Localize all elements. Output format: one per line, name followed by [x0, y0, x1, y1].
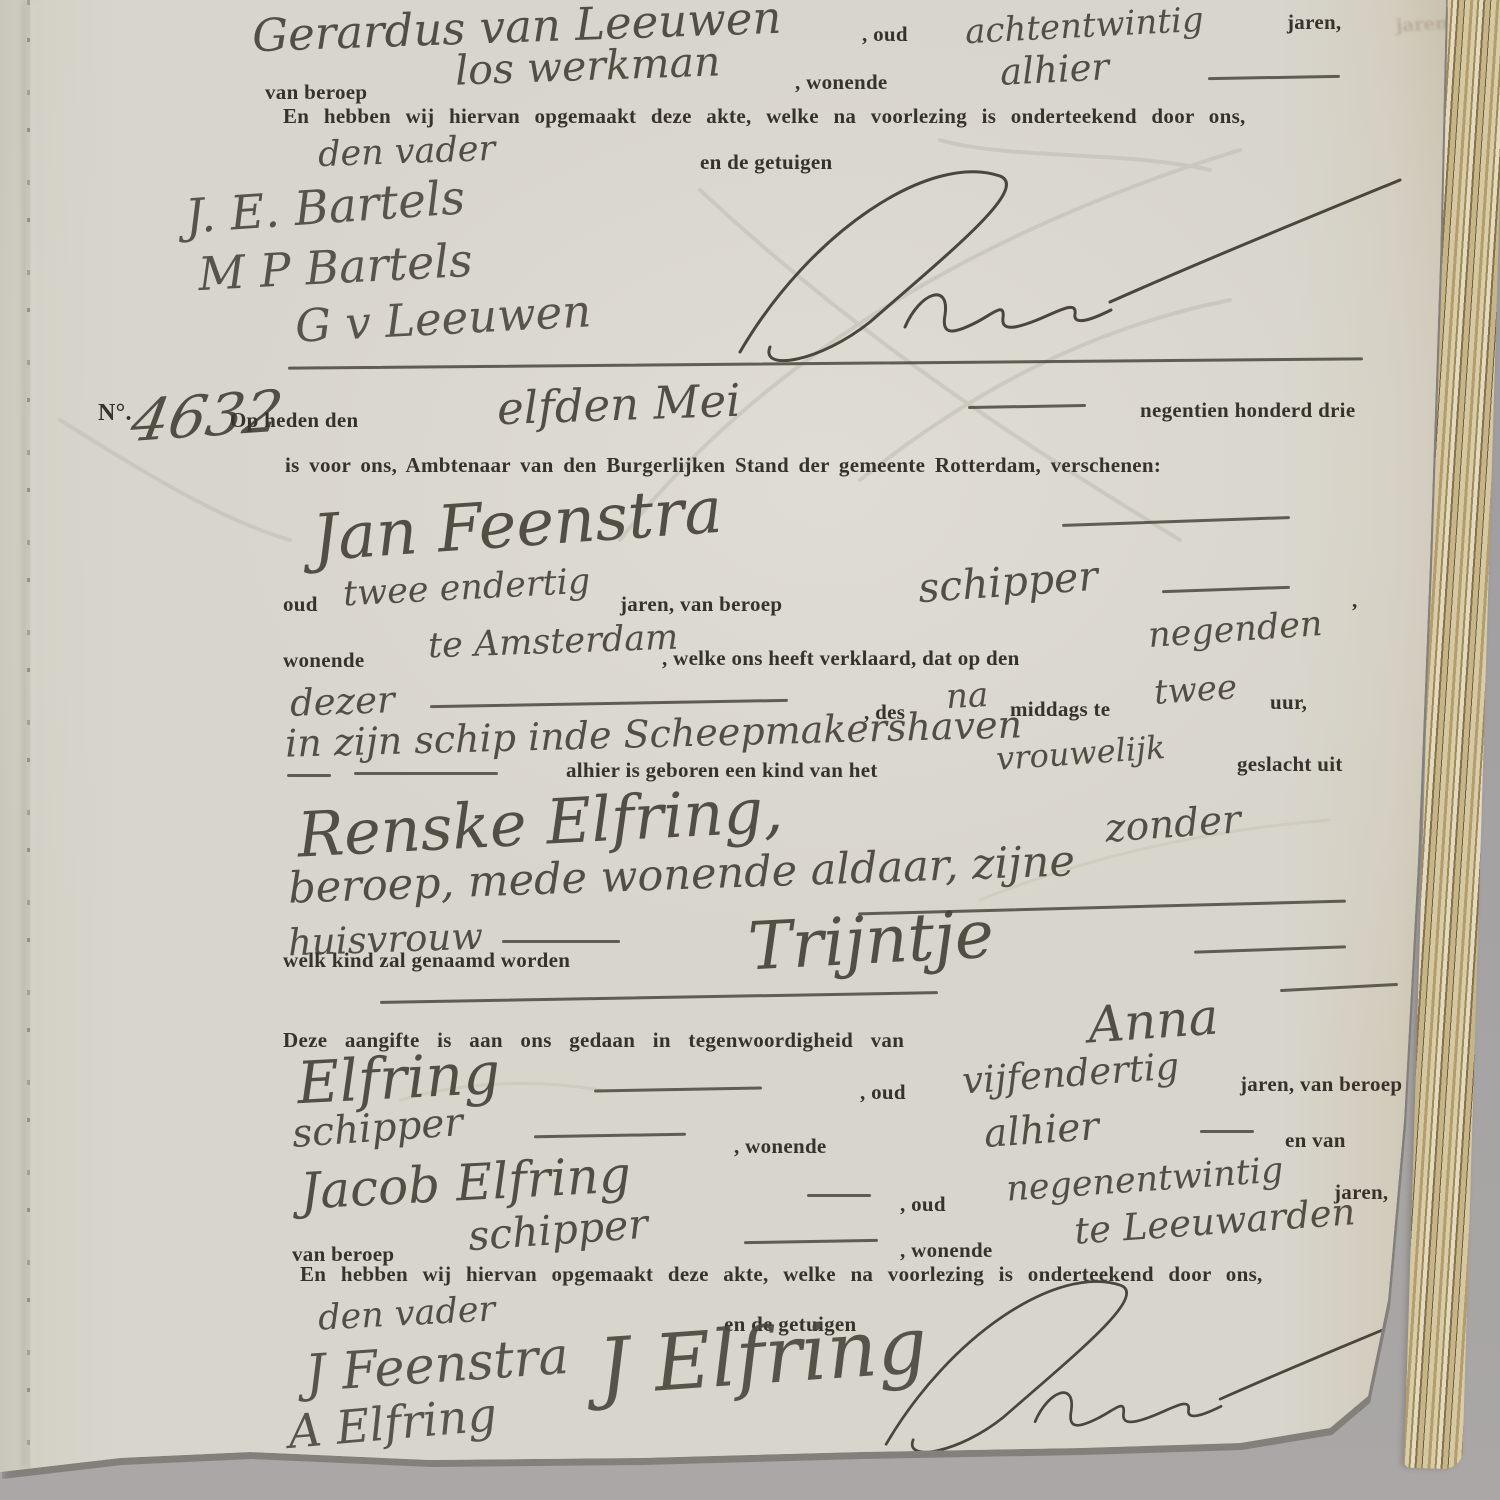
photo-stage: jaren, Gerardus van Leeuwen , oud achten…: [0, 0, 1500, 1500]
den-vader-value: den vader: [317, 1289, 496, 1338]
filler-dash: [1208, 75, 1340, 80]
filler-dash: [594, 1087, 762, 1092]
filler-dash: [354, 772, 498, 775]
filler-dash: [1162, 586, 1290, 593]
prev-age-value: achtentwintig: [964, 0, 1205, 52]
scanned-birth-record-page: { "record_prev": { "declarant_name": "Ge…: [0, 0, 1500, 1500]
prev-den-vader: den vader: [317, 129, 496, 175]
filler-dash: [502, 940, 620, 943]
filler-dash: [287, 774, 331, 777]
signature-witness-2: M P Bartels: [197, 233, 474, 301]
comma: ,: [1352, 588, 1358, 613]
signature-witness-1: J. E. Bartels: [183, 170, 466, 244]
child-name-label: welk kind zal genaamd worden: [283, 948, 570, 973]
official-signature-flourish: [700, 162, 1420, 362]
filler-dash: [1062, 516, 1290, 527]
filler-dash: [1200, 1130, 1254, 1133]
mother-line1b: zonder: [1104, 797, 1243, 851]
oud-label: oud: [283, 592, 318, 617]
witness1-first-name: Anna: [1086, 988, 1220, 1055]
record-date-value: elfden Mei: [496, 374, 741, 435]
official-intro-line: is voor ons, Ambtenaar van den Burgerlij…: [285, 453, 1161, 478]
filler-dash: [968, 404, 1086, 409]
filler-dash: [534, 1133, 686, 1138]
geslacht-uit-label: geslacht uit: [1237, 752, 1343, 777]
dezer-value: dezer: [289, 678, 395, 725]
filler-dash: [807, 1194, 871, 1197]
filler-dash: [1194, 945, 1346, 953]
en-van-label: en van: [1285, 1128, 1346, 1153]
declarant-name: Jan Feenstra: [310, 474, 725, 576]
filler-dash: [1280, 983, 1398, 992]
prev-occupation-value: los werkman: [454, 37, 721, 94]
page-sheet: jaren, Gerardus van Leeuwen , oud achten…: [0, 0, 1500, 1500]
filler-rule: [380, 991, 938, 1003]
signature-witness-3: G v Leeuwen: [294, 284, 593, 352]
birth-day-value: negenden: [1147, 604, 1324, 656]
witness1-oud-label: , oud: [860, 1080, 906, 1105]
prev-oud-label: , oud: [862, 22, 908, 47]
record-number-label: N°.: [98, 400, 132, 427]
witness1-residence-value: alhier: [983, 1104, 1101, 1157]
witness1-age-value: vijfendertig: [961, 1044, 1181, 1102]
hour-value: twee: [1153, 667, 1239, 713]
witness1-beroep-label: jaren, van beroep: [1240, 1072, 1402, 1097]
prev-jaren-label: jaren,: [1287, 10, 1342, 35]
witness2-wonende-label: , wonende: [900, 1238, 993, 1263]
wonende-label: wonende: [283, 648, 364, 673]
uur-label: uur,: [1270, 690, 1307, 715]
declarant-occupation-value: schipper: [917, 552, 1100, 612]
middags-te-label: middags te: [1010, 697, 1110, 722]
declarant-residence-value: te Amsterdam: [427, 618, 679, 667]
filler-rule: [430, 699, 788, 708]
filler-dash: [744, 1239, 878, 1244]
witness1-wonende-label: , wonende: [734, 1134, 827, 1159]
official-signature-flourish: [850, 1268, 1500, 1458]
op-heden-den-label: Op heden den: [230, 408, 358, 433]
year-label: negentien honderd drie: [1140, 398, 1355, 423]
jaren-van-beroep-label: jaren, van beroep: [620, 592, 782, 617]
binding-seam: [27, 0, 30, 1468]
witness2-oud-label: , oud: [900, 1192, 946, 1217]
prev-closing-sentence: En hebben wij hiervan opgemaakt deze akt…: [283, 104, 1246, 129]
verklaard-label: , welke ons heeft verklaard, dat op den: [662, 646, 1020, 671]
child-name-value: Trijntje: [746, 896, 995, 986]
prev-wonende-label: , wonende: [795, 70, 888, 95]
prev-van-beroep-label: van beroep: [265, 80, 367, 105]
prev-residence-value: alhier: [999, 45, 1110, 94]
